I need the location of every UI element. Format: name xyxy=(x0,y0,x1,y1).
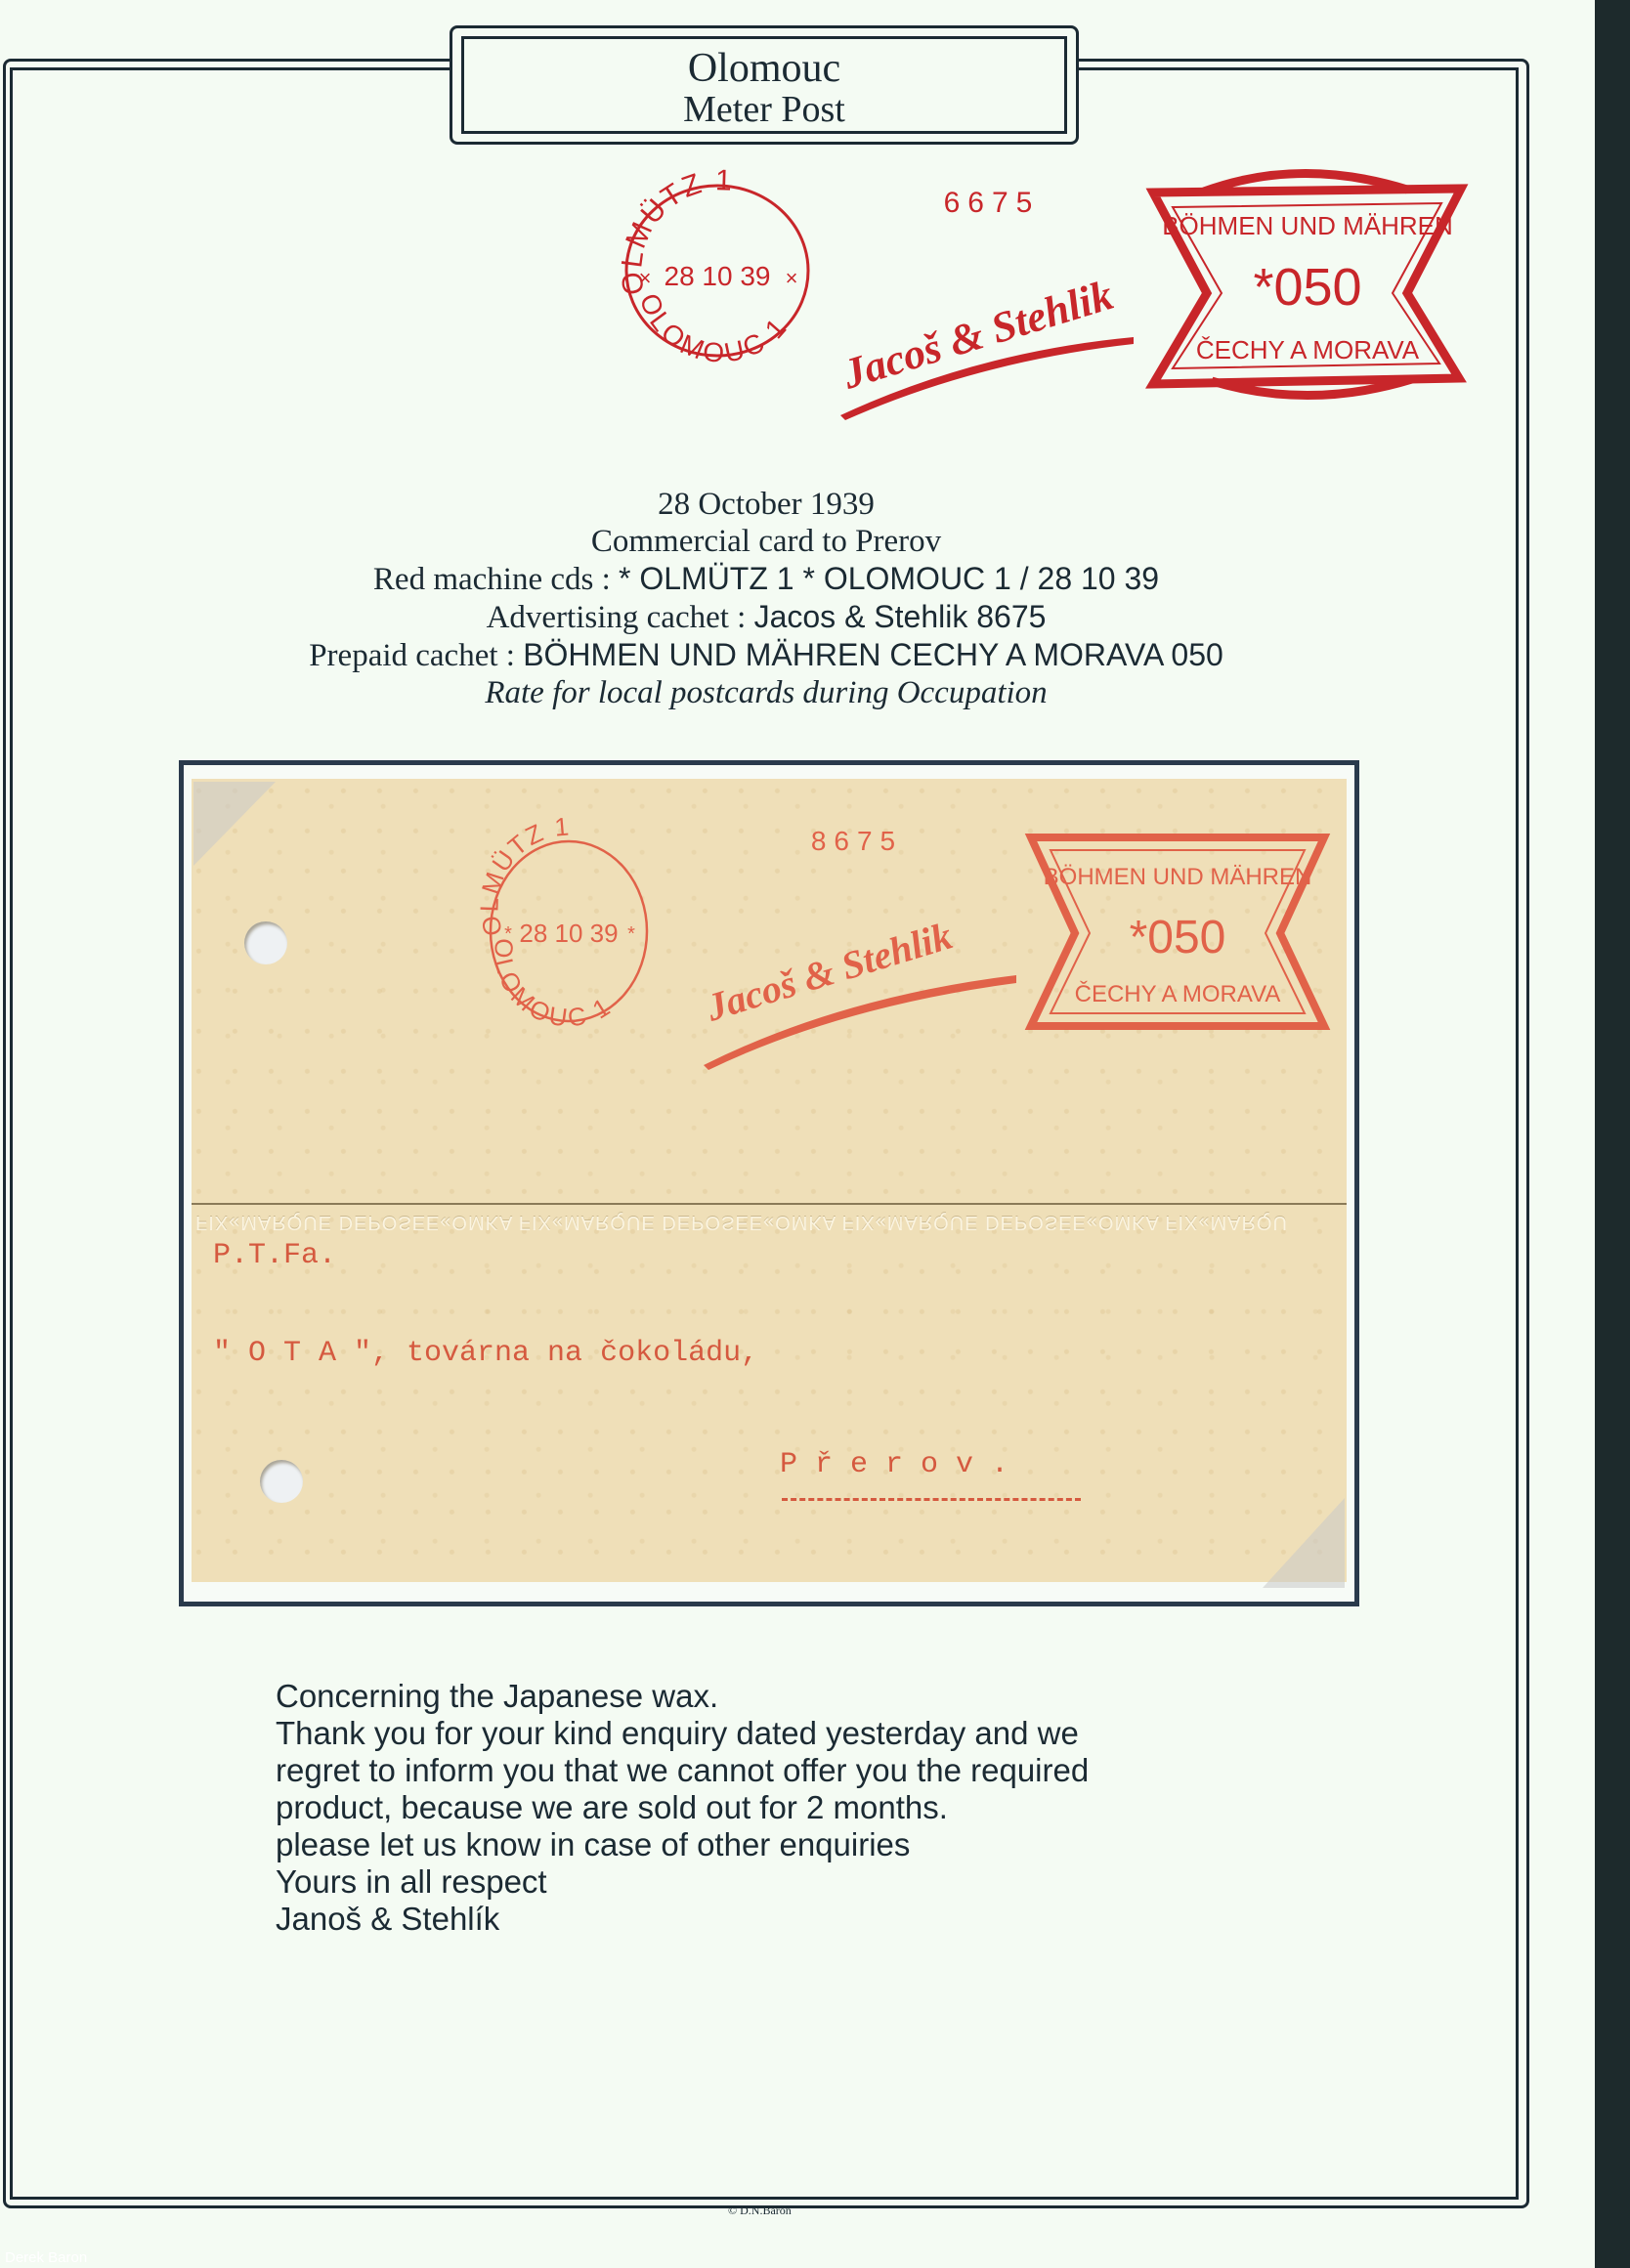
letter-line: Concerning the Japanese wax. xyxy=(276,1678,1089,1715)
letter-line: product, because we are sold out for 2 m… xyxy=(276,1789,1089,1826)
address-line-1: P.T.Fa. xyxy=(213,1239,336,1272)
card-cds-date: 28 10 39 xyxy=(519,919,618,948)
letter-line: Janoš & Stehlík xyxy=(276,1901,1089,1938)
punch-hole-bottom xyxy=(260,1460,303,1503)
address-underline xyxy=(782,1498,1081,1501)
watermark-text: Derek Baron xyxy=(5,2249,87,2266)
card-advert-text: Jacoš & Stehlik xyxy=(701,914,958,1030)
svg-text:*: * xyxy=(504,923,512,945)
letter-line: regret to inform you that we cannot offe… xyxy=(276,1752,1089,1789)
card-meter-number: 8675 xyxy=(811,826,903,856)
letter-line: please let us know in case of other enqu… xyxy=(276,1826,1089,1863)
address-line-2: " O T A ", továrna na čokoládu, xyxy=(213,1337,758,1370)
card-frame-value: *050 xyxy=(1130,912,1226,963)
letter-line: Yours in all respect xyxy=(276,1863,1089,1901)
copyright-text: © D.N.Baron xyxy=(728,2204,792,2218)
card-meter-strike: OLMÜTZ 1 OLOMOUC 1 28 10 39 * * 8675 Jac… xyxy=(0,0,1630,1221)
card-frame-bottom-text: ČECHY A MORAVA xyxy=(1075,980,1281,1007)
letter-translation: Concerning the Japanese wax. Thank you f… xyxy=(276,1678,1089,1938)
svg-text:OLOMOUC 1: OLOMOUC 1 xyxy=(489,938,618,1033)
letter-line: Thank you for your kind enquiry dated ye… xyxy=(276,1715,1089,1752)
card-divider xyxy=(192,1203,1347,1205)
card-frame-top-text: BÖHMEN UND MÄHREN xyxy=(1044,864,1312,890)
svg-text:*: * xyxy=(627,923,635,945)
card-embossed-text: FIX«MARQUE DEPOSEE«OMKA FIX«MARQUE DEPOS… xyxy=(195,1208,1345,1233)
address-line-3: P ř e r o v . xyxy=(780,1448,1008,1481)
